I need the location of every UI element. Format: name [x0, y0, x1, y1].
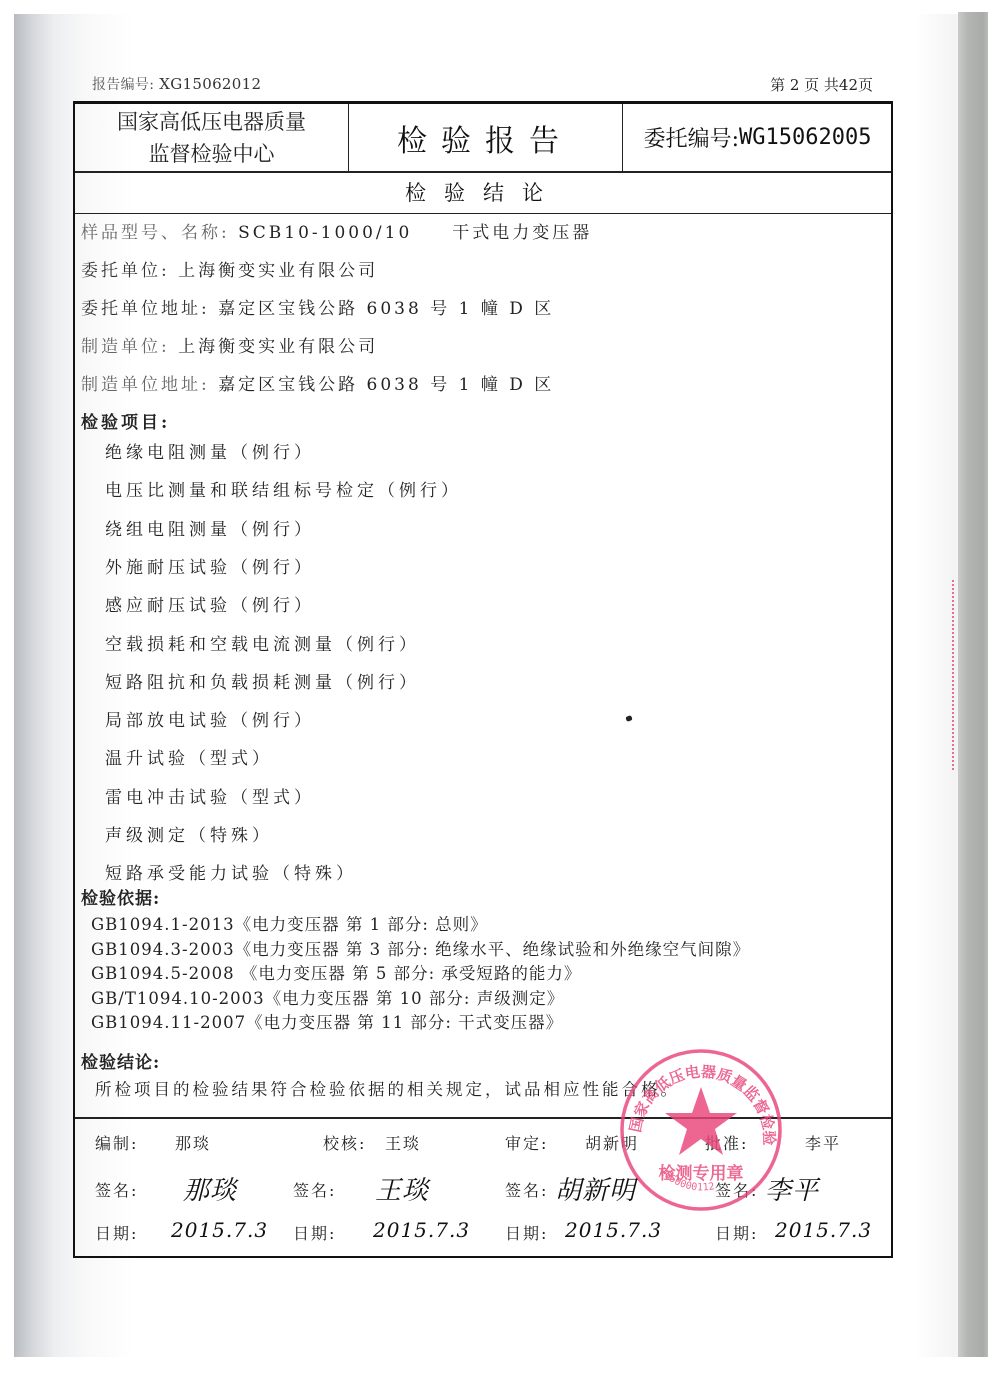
conclusion-heading: 检验结论: — [81, 1048, 160, 1073]
handwritten-date: 2015.7.3 — [171, 1218, 268, 1242]
role-label: 编制: — [95, 1131, 138, 1154]
org-name-line1: 国家高低压电器质量 — [117, 106, 306, 138]
section-title: 检验结论 — [75, 171, 891, 214]
page-info: 第 2 页 共42页 — [770, 74, 873, 95]
field-client-address: 委托单位地址: 嘉定区宝钱公路 6038 号 1 幢 D 区 — [81, 294, 554, 319]
test-item: 温升试验（型式） — [105, 744, 273, 769]
test-item: 短路承受能力试验（特殊） — [105, 859, 357, 884]
field-label: 样品型号、名称: — [81, 223, 230, 243]
signature-label: 签名: — [293, 1178, 336, 1201]
field-manufacturer-address: 制造单位地址: 嘉定区宝钱公路 6038 号 1 幢 D 区 — [81, 370, 554, 395]
handwritten-date: 2015.7.3 — [775, 1218, 872, 1242]
standard-item: GB1094.1-2013《电力变压器 第 1 部分: 总则》 — [91, 911, 488, 935]
handwritten-signature: 那琰 — [183, 1170, 237, 1207]
commission-label: 委托编号: — [644, 122, 739, 153]
field-value: 上海衡变实业有限公司 — [178, 337, 378, 357]
signature-divider — [75, 1117, 891, 1119]
signature-label: 签名: — [505, 1178, 548, 1201]
standard-item: GB1094.5-2008 《电力变压器 第 5 部分: 承受短路的能力》 — [91, 960, 581, 984]
role-name: 李平 — [805, 1131, 841, 1154]
test-item: 短路阻抗和负载损耗测量（例行） — [105, 668, 420, 693]
field-value: 嘉定区宝钱公路 6038 号 1 幢 D 区 — [218, 375, 554, 395]
date-label: 日期: — [505, 1221, 548, 1244]
handwritten-signature: 李平 — [765, 1170, 819, 1207]
handwritten-date: 2015.7.3 — [373, 1218, 470, 1242]
org-name-line2: 监督检验中心 — [149, 138, 275, 170]
field-label: 制造单位地址: — [81, 375, 210, 395]
seam-stamp-fragment — [952, 580, 962, 770]
report-number: 报告编号: XG15062012 — [92, 74, 261, 94]
field-manufacturer: 制造单位: 上海衡变实业有限公司 — [81, 332, 378, 357]
role-name: 胡新明 — [585, 1131, 639, 1154]
report-table: 国家高低压电器质量 监督检验中心 检验报告 委托编号: WG15062005 检… — [73, 101, 893, 1258]
handwritten-date: 2015.7.3 — [565, 1218, 662, 1242]
field-label: 制造单位: — [81, 337, 170, 357]
test-item: 电压比测量和联结组标号检定（例行） — [105, 476, 462, 501]
title-row: 国家高低压电器质量 监督检验中心 检验报告 委托编号: WG15062005 — [75, 104, 891, 173]
commission-value: WG15062005 — [739, 125, 871, 150]
conclusion-text: 所检项目的检验结果符合检验依据的相关规定，试品相应性能合格。 — [95, 1076, 680, 1100]
test-item: 绕组电阻测量（例行） — [105, 515, 315, 540]
role-name: 那琰 — [175, 1131, 211, 1154]
test-item: 空载损耗和空载电流测量（例行） — [105, 630, 420, 655]
field-client: 委托单位: 上海衡变实业有限公司 — [81, 256, 378, 281]
test-item: 绝缘电阻测量（例行） — [105, 438, 315, 463]
role-label: 校核: — [323, 1131, 366, 1154]
commission-number: 委托编号: WG15062005 — [622, 104, 893, 171]
handwritten-signature: 胡新明 — [555, 1170, 636, 1207]
field-sample: 样品型号、名称: SCB10-1000/10 干式电力变压器 — [81, 218, 592, 243]
test-items-heading: 检验项目: — [81, 408, 170, 433]
date-label: 日期: — [293, 1221, 336, 1244]
test-item: 局部放电试验（例行） — [105, 706, 315, 731]
test-item: 雷电冲击试验（型式） — [105, 783, 315, 808]
field-value: 嘉定区宝钱公路 6038 号 1 幢 D 区 — [218, 299, 554, 319]
report-number-label: 报告编号: — [92, 77, 154, 93]
page-binding-edge — [958, 12, 988, 1357]
signature-label: 签名: — [95, 1178, 138, 1201]
signature-label: 签名: — [715, 1178, 758, 1201]
report-number-value: XG15062012 — [159, 75, 261, 93]
standard-item: GB1094.3-2003《电力变压器 第 3 部分: 绝缘水平、绝缘试验和外绝… — [91, 936, 750, 960]
field-value: SCB10-1000/10 干式电力变压器 — [238, 223, 592, 243]
test-item: 声级测定（特殊） — [105, 821, 273, 846]
field-label: 委托单位: — [81, 261, 170, 281]
standard-item: GB/T1094.10-2003《电力变压器 第 10 部分: 声级测定》 — [91, 985, 564, 1009]
standard-item: GB1094.11-2007《电力变压器 第 11 部分: 干式变压器》 — [91, 1009, 563, 1033]
field-label: 委托单位地址: — [81, 299, 210, 319]
handwritten-signature: 王琰 — [375, 1170, 429, 1207]
basis-heading: 检验依据: — [81, 884, 160, 909]
date-label: 日期: — [95, 1221, 138, 1244]
test-item: 感应耐压试验（例行） — [105, 591, 315, 616]
role-label: 审定: — [505, 1131, 548, 1154]
test-item: 外施耐压试验（例行） — [105, 553, 315, 578]
date-label: 日期: — [715, 1221, 758, 1244]
role-name: 王琰 — [385, 1131, 421, 1154]
field-value: 上海衡变实业有限公司 — [178, 261, 378, 281]
org-name: 国家高低压电器质量 监督检验中心 — [75, 104, 349, 171]
doc-title: 检验报告 — [348, 104, 623, 171]
role-label: 批准: — [705, 1131, 748, 1154]
